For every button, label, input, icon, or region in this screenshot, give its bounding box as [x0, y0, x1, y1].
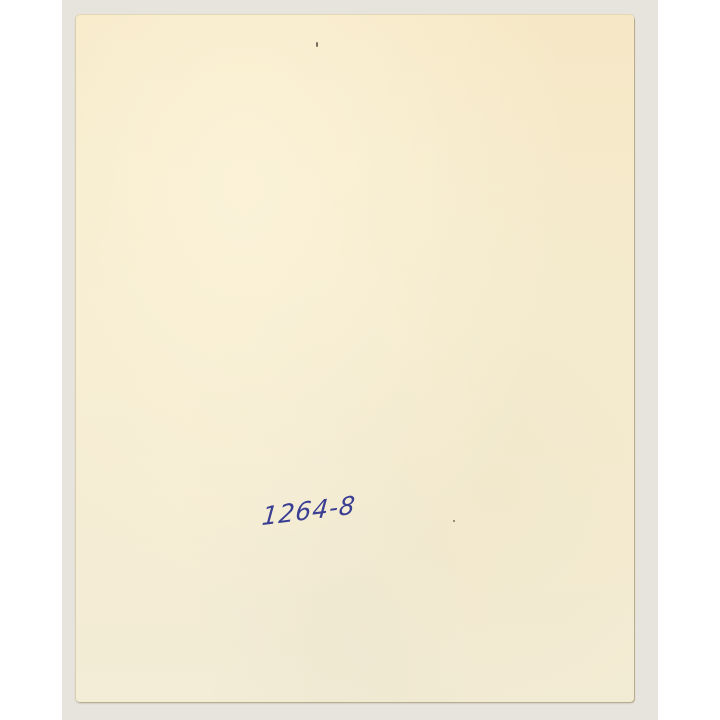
- photo-back-card: [76, 15, 634, 702]
- dust-speck: [453, 520, 455, 522]
- dust-speck: [316, 42, 318, 47]
